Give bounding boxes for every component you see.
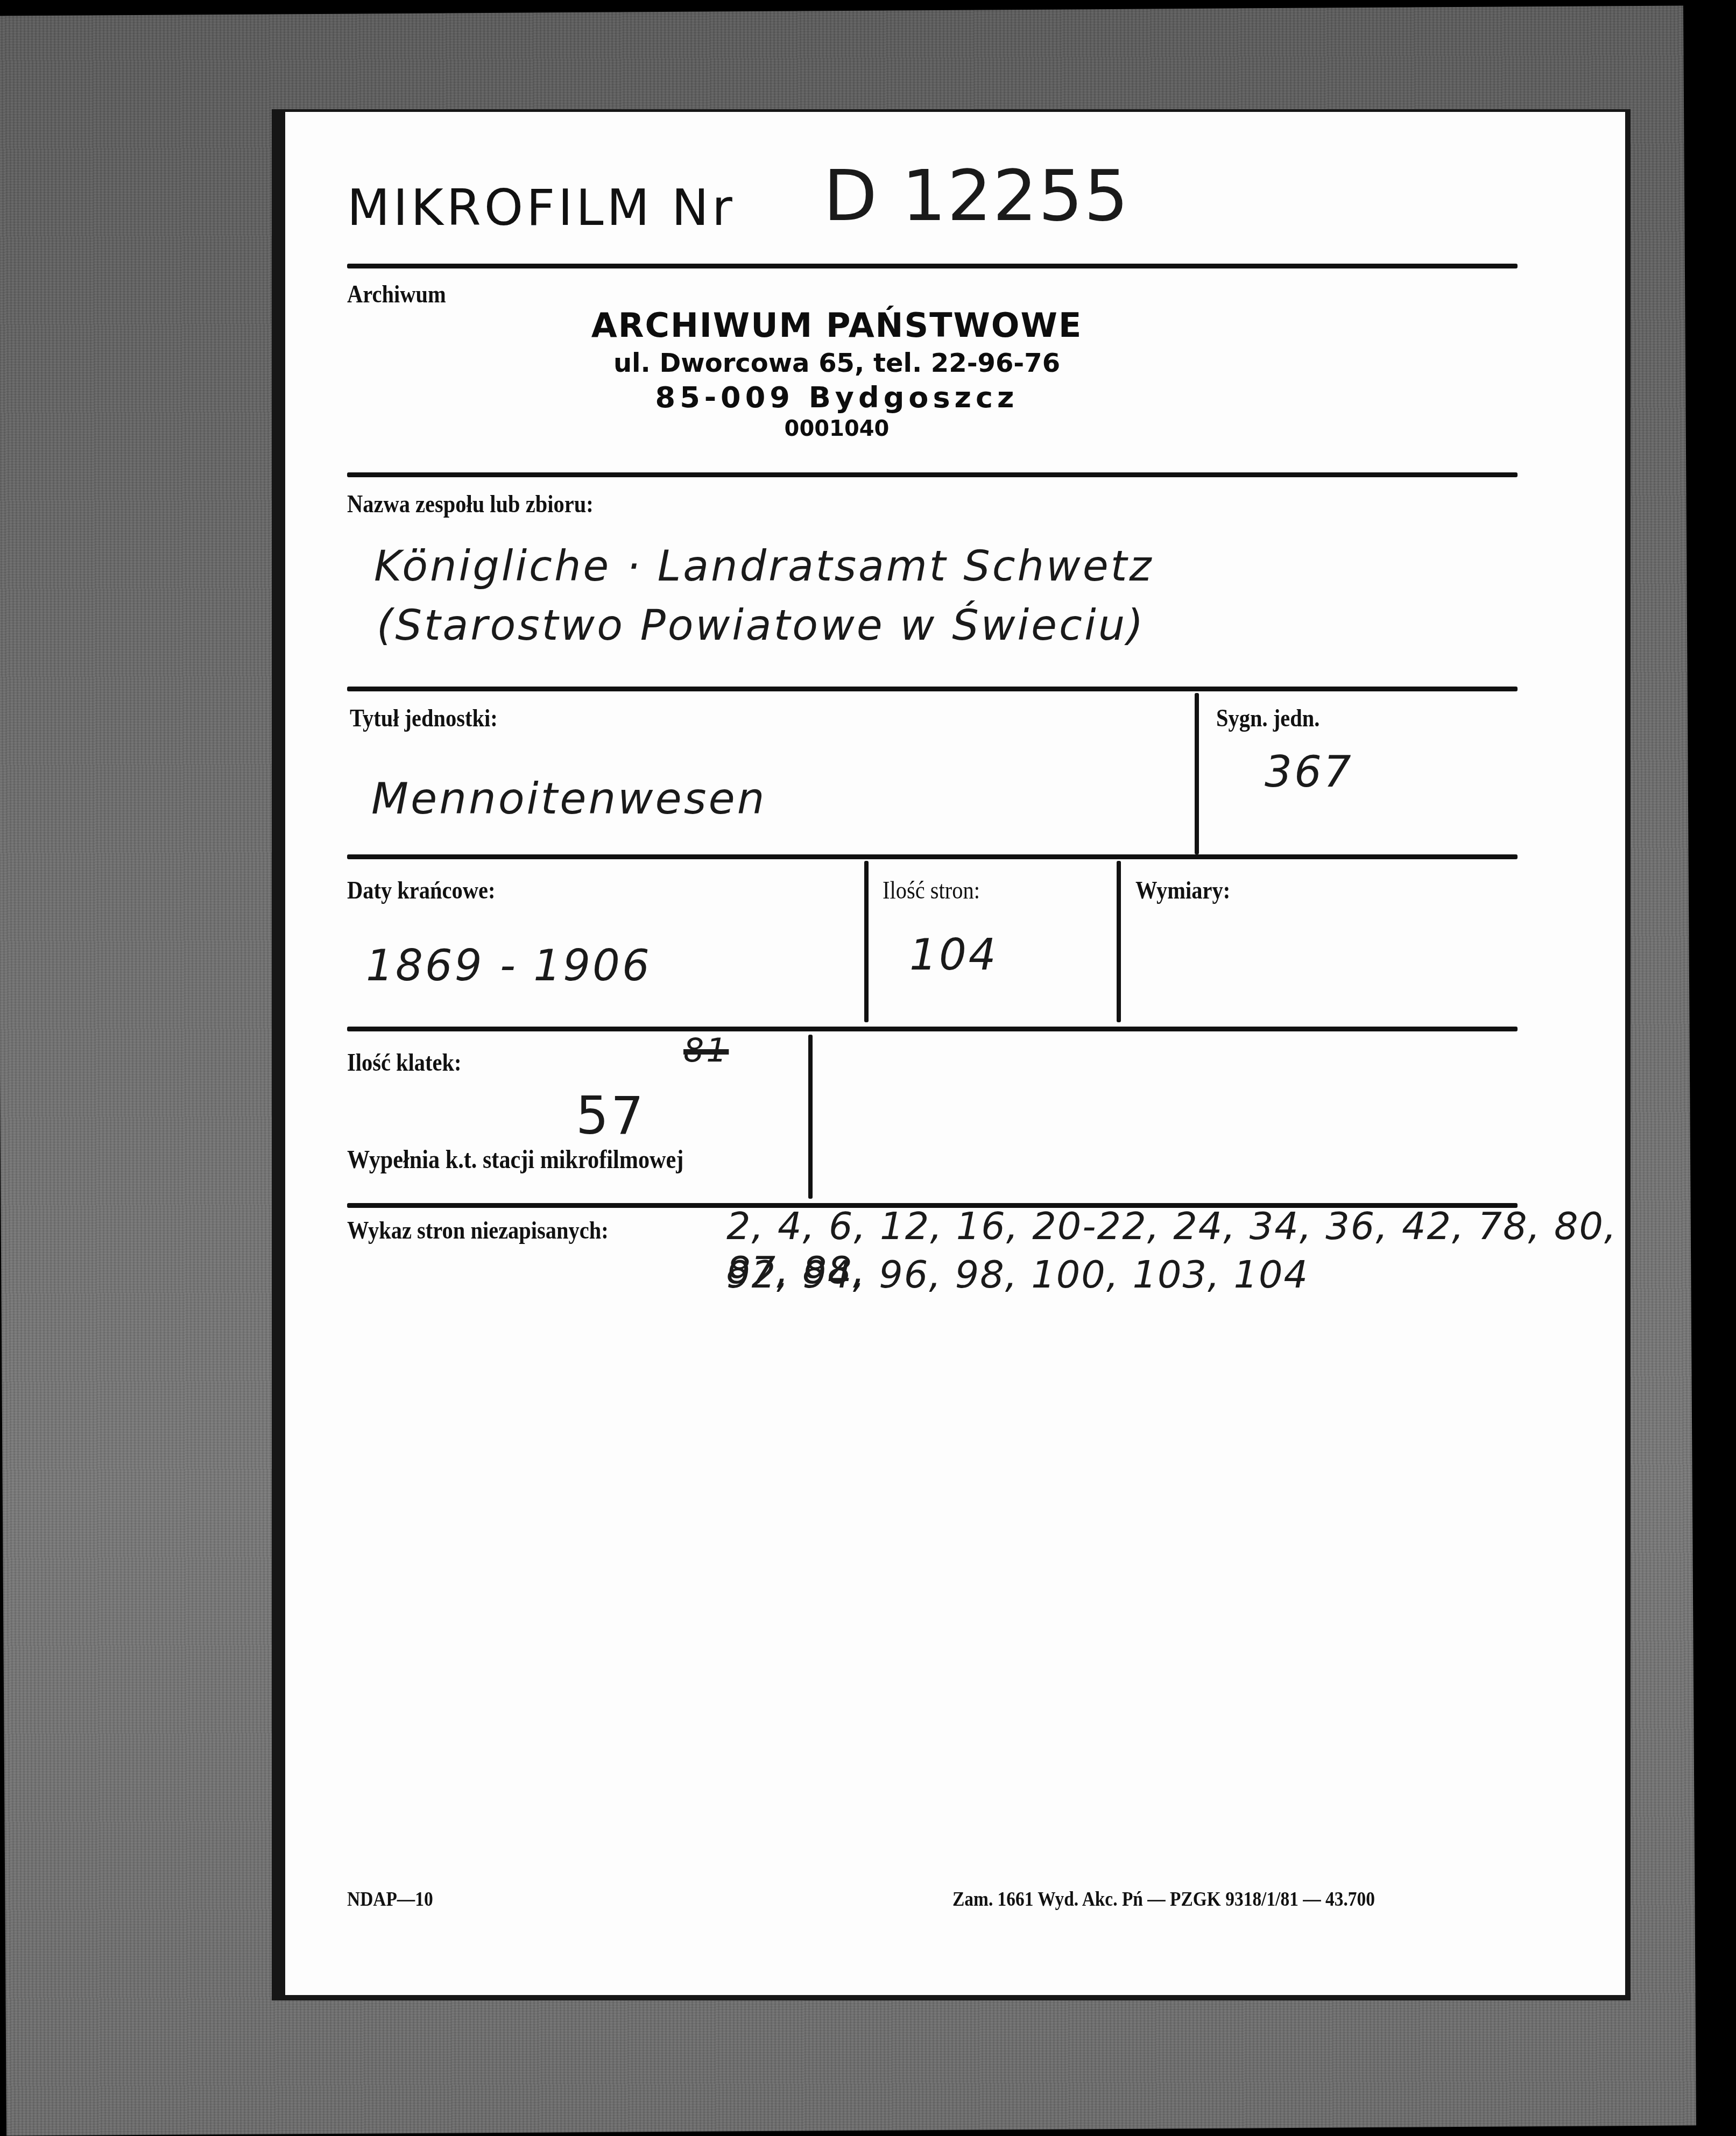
divider (808, 1035, 813, 1199)
pages-label: Ilość stron: (883, 876, 980, 904)
divider (347, 854, 1518, 859)
divider (864, 861, 869, 1022)
frames-value: 57 (576, 1086, 646, 1146)
divider (347, 1027, 1518, 1031)
divider (347, 472, 1518, 477)
signature-value: 367 (1265, 747, 1353, 797)
microfilm-card: MIKROFILM Nr D 12255 Archiwum ARCHIWUM P… (285, 112, 1625, 1995)
fonds-label: Nazwa zespołu lub zbioru: (347, 490, 594, 518)
fonds-name-line2: (Starostwo Powiatowe w Świeciu) (377, 602, 1146, 650)
print-info: Zam. 1661 Wyd. Akc. Pń — PZGK 9318/1/81 … (952, 1887, 1375, 1911)
archive-label: Archiwum (347, 280, 446, 308)
frames-note: Wypełnia k.t. stacji mikrofilmowej (347, 1145, 683, 1175)
blank-pages-label: Wykaz stron niezapisanych: (347, 1216, 609, 1244)
unit-title-label: Tytuł jednostki: (350, 704, 498, 732)
blank-pages-line2: 92, 94, 96, 98, 100, 103, 104 (726, 1253, 1309, 1297)
divider (347, 264, 1518, 268)
divider (1195, 693, 1199, 854)
dates-label: Daty krańcowe: (347, 876, 495, 904)
dimensions-label: Wymiary: (1135, 876, 1230, 904)
frames-crossed-value: 81 (683, 1032, 729, 1070)
unit-title-value: Mennoitenwesen (371, 774, 766, 824)
archive-name: ARCHIWUM PAŃSTWOWE (500, 306, 1173, 345)
divider (347, 687, 1518, 691)
dates-value: 1869 - 1906 (366, 940, 652, 991)
form-code: NDAP—10 (347, 1887, 433, 1911)
archive-city: 85-009 Bydgoszcz (500, 380, 1173, 414)
archive-stamp: ARCHIWUM PAŃSTWOWE ul. Dworcowa 65, tel.… (500, 306, 1173, 441)
frames-label: Ilość klatek: (347, 1048, 462, 1077)
archive-code: 0001040 (500, 416, 1173, 441)
signature-label: Sygn. jedn. (1216, 704, 1319, 732)
pages-value: 104 (909, 930, 998, 980)
card-title: MIKROFILM Nr (347, 179, 736, 237)
archive-address: ul. Dworcowa 65, tel. 22-96-76 (500, 348, 1173, 378)
film-number: D 12255 (823, 155, 1130, 237)
divider (1117, 861, 1121, 1022)
fonds-name-line1: Königliche · Landratsamt Schwetz (374, 542, 1153, 591)
